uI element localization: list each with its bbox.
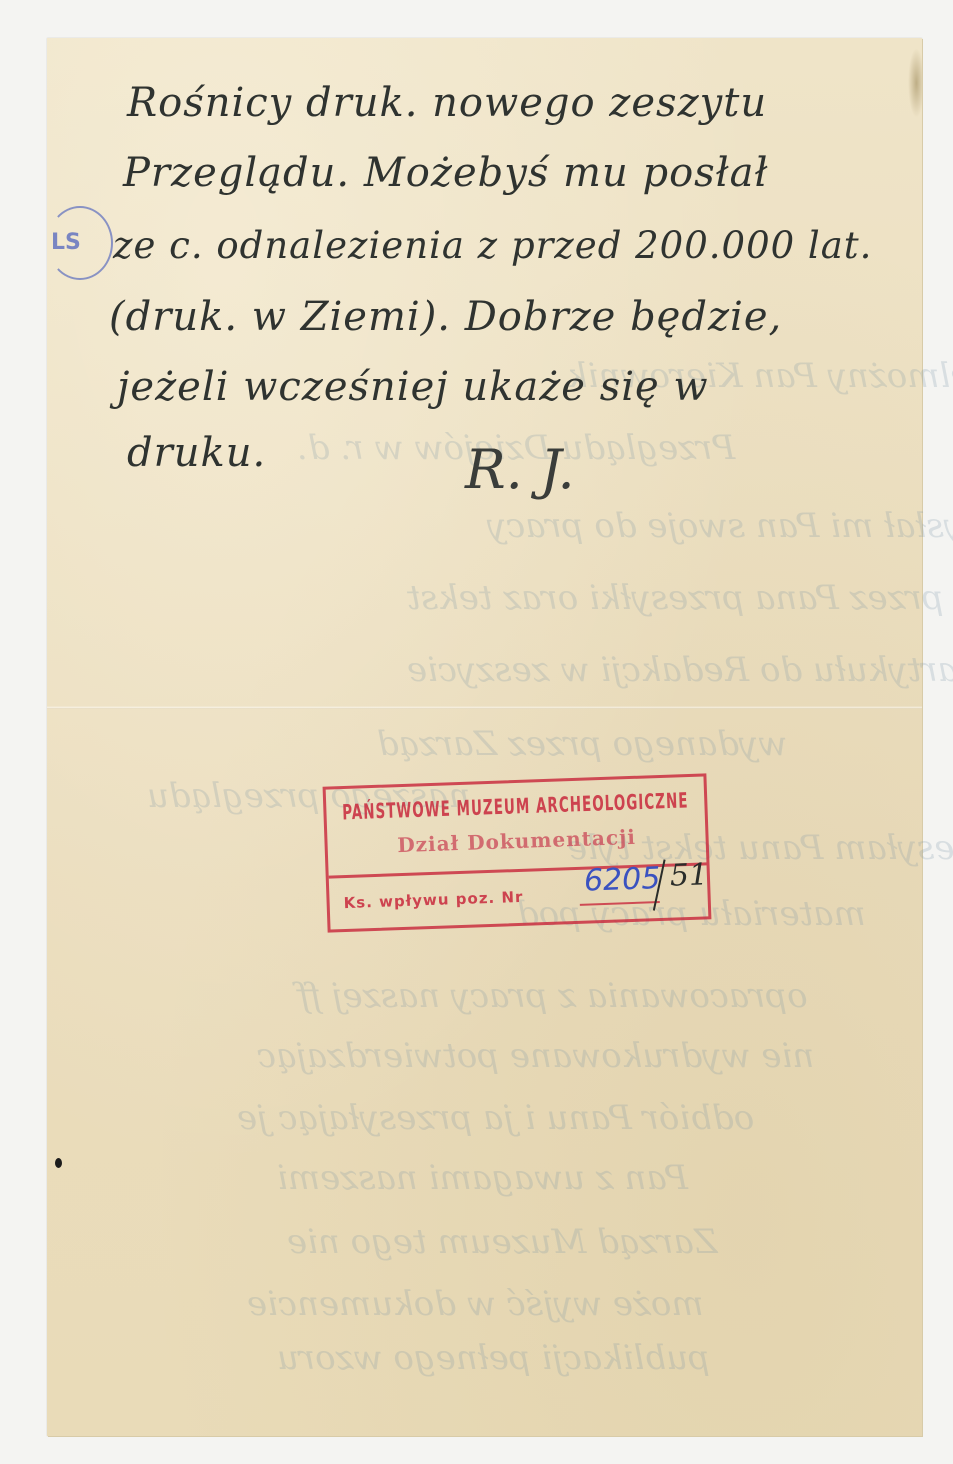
handwritten-line: jeżeli wcześniej ukaże się w bbox=[117, 364, 709, 410]
bleed-through-line: wydanego przez Zarząd bbox=[377, 724, 787, 764]
bleed-through-line: odbiór Panu i ja przesyłając je bbox=[237, 1098, 754, 1138]
handwritten-line: (druk. w Ziemi). Dobrze będzie, bbox=[109, 294, 782, 340]
bleed-through-line: przysłał mi Pan swoje do pracy bbox=[487, 506, 953, 546]
handwritten-line: Przeglądu. Możebyś mu posłał bbox=[123, 150, 768, 196]
paper-stain bbox=[908, 48, 922, 118]
handwritten-line: Rośnicy druk. nowego zeszytu bbox=[127, 80, 767, 126]
stamp-department: Dział Dokumentacji bbox=[327, 822, 706, 859]
letter-page: Wielmożny Pan Kierownik Przeglądu Dziejó… bbox=[47, 38, 922, 1436]
registry-year: 51 bbox=[655, 857, 708, 894]
registry-year-value: 51 bbox=[655, 857, 708, 894]
bleed-through-line: Pan z uwagami naszemi bbox=[277, 1158, 688, 1198]
bleed-through-line: artykułu do Redakcji w zeszycie bbox=[407, 650, 953, 690]
bleed-through-line: Zarząd Muzeum tego nie bbox=[287, 1222, 717, 1262]
bleed-through-line: może wyjść w dokumencie bbox=[247, 1284, 704, 1324]
signature: R. J. bbox=[465, 438, 575, 501]
bleed-through-line: publikacji pełnego wzoru bbox=[277, 1338, 710, 1378]
handwritten-line: druku. bbox=[127, 430, 266, 476]
museum-registry-stamp: PAŃSTWOWE MUZEUM ARCHEOLOGICZNE Dział Do… bbox=[323, 773, 712, 932]
stamp-registry-label: Ks. wpływu poz. Nr bbox=[343, 888, 523, 912]
handwritten-line: ze c. odnalezienia z przed 200.000 lat. bbox=[113, 224, 872, 267]
stamp-registry-underline bbox=[580, 901, 660, 906]
bleed-through-line: nie wydrukowane potwierdzając bbox=[257, 1036, 814, 1076]
punch-hole-mark bbox=[55, 1158, 62, 1168]
bleed-through-line: opracowania z pracy naszej ff bbox=[297, 976, 808, 1016]
pencil-margin-mark: LS bbox=[47, 206, 113, 280]
registry-number: 6205 bbox=[583, 861, 661, 899]
fold-crease bbox=[47, 706, 922, 709]
bleed-through-line: przez Pana przesyłki oraz tekst bbox=[407, 578, 944, 618]
